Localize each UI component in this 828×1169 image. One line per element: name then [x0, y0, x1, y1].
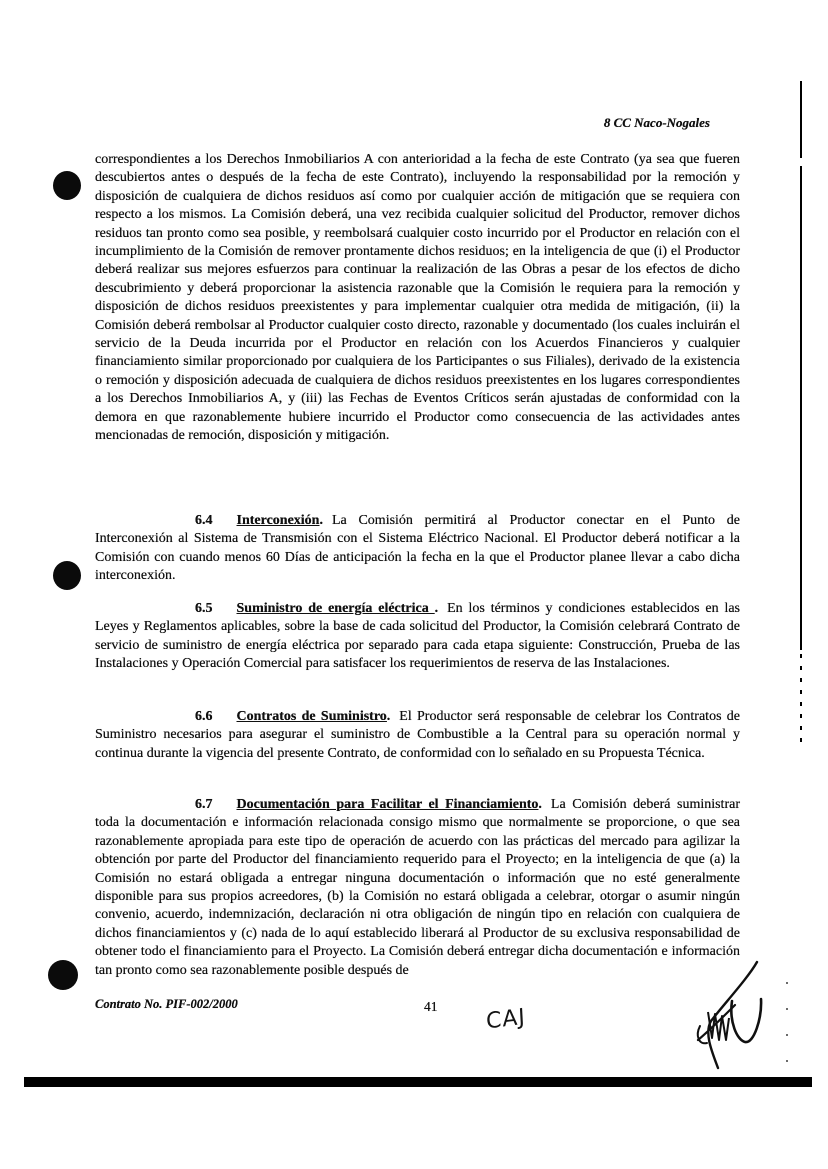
section-number: 6.4 [195, 513, 213, 528]
hole-punch-mark-middle [53, 561, 81, 590]
section-heading-period: . [435, 601, 439, 616]
section-heading-period: . [319, 513, 323, 528]
section-heading: Suministro de energía eléctrica [237, 601, 435, 616]
hole-punch-mark-bottom [48, 960, 78, 990]
signature-scribble [690, 960, 800, 1078]
scan-artifact-black-bar [24, 1077, 812, 1087]
section-number: 6.5 [195, 601, 213, 616]
section-number: 6.6 [195, 709, 213, 724]
section-6-4-interconexion: 6.4Interconexión.La Comisión permitirá a… [95, 512, 740, 586]
section-body-text: La Comisión permitirá al Productor conec… [95, 513, 740, 583]
footer-page-number: 41 [424, 999, 438, 1015]
footer-contract-number: Contrato No. PIF-002/2000 [95, 997, 238, 1012]
handwritten-initials: CAJ [485, 1005, 526, 1035]
paragraph-preexisting-residues: correspondientes a los Derechos Inmobili… [95, 151, 740, 446]
running-header: 8 CC Naco-Nogales [604, 115, 710, 131]
section-6-6-contratos-suministro: 6.6Contratos de Suministro.El Productor … [95, 708, 740, 763]
section-heading: Interconexión [237, 513, 320, 528]
section-body-text: El Productor será responsable de celebra… [95, 709, 740, 761]
scan-artifact-vertical-line [800, 166, 802, 650]
scanned-contract-page: 8 CC Naco-Nogales correspondientes a los… [0, 0, 828, 1169]
hole-punch-mark-top [53, 171, 81, 200]
section-heading-period: . [538, 797, 542, 812]
section-heading: Contratos de Suministro [237, 709, 387, 724]
section-6-5-suministro-energia: 6.5Suministro de energía eléctrica .En l… [95, 600, 740, 674]
section-heading: Documentación para Facilitar el Financia… [237, 797, 539, 812]
section-number: 6.7 [195, 797, 213, 812]
scan-artifact-dashed-line [800, 654, 802, 746]
section-heading-period: . [387, 709, 391, 724]
section-body-text: La Comisión deberá suministrar toda la d… [95, 797, 740, 978]
section-6-7-documentacion-financiamiento: 6.7Documentación para Facilitar el Finan… [95, 796, 740, 980]
scan-artifact-vertical-line [800, 81, 802, 158]
